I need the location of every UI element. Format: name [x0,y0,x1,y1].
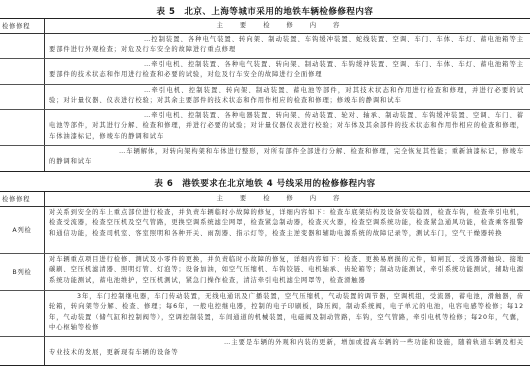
content-cell: …牵引电机、控制装置、各种电气装置、转向架、制动装置、车钩缓冲装置、空调、车门、… [45,59,530,84]
level-cell: B列检 [0,254,45,290]
level-cell: A列检 [0,207,45,253]
level-cell [0,34,45,58]
table5: 检修修程 主要检修内容 …控制装置、各种电气装置、转向架、制动装置、车钩缓冲装置… [0,18,530,172]
table6: 检修修程 主要检修内容 A列检 对关系到安全的车上重点部位进行检查，并负责车辆临… [0,191,530,366]
content-cell: …牵引电机、控制装置、各种电器装置、转向架、传动装置、轮对、轴承、制动装置、车钩… [45,110,530,145]
table6-caption: 表 6 港铁要求在北京地铁 4 号线采用的检修修程内容 [0,177,530,189]
level-cell [0,337,45,365]
level-cell [0,59,45,84]
table-row: …车辆解体，对转向架构架和车体进行整形，对所有部件全部进行分解、检查和修理，完全… [0,145,530,171]
table6-header-level: 检修修程 [0,192,45,206]
content-cell: …控制装置、各种电气装置、转向架、制动装置、车钩缓冲装置、蛇线装置、空调、车门、… [45,34,530,58]
content-cell: …牵引电机、控制装置、转向架、制动装置、蓄电池等部件，对其技术状态和作用进行检查… [45,85,530,109]
table-row: …牵引电机、控制装置、各种电器装置、转向架、传动装置、轮对、轴承、制动装置、车钩… [0,109,530,145]
level-cell [0,110,45,145]
content-cell: …主要是车辆的外观和内装的更新，增加或提高车辆的一些功能和设施，随着轨道车辆及相… [45,337,530,365]
table-row: …控制装置、各种电气装置、转向架、制动装置、车钩缓冲装置、蛇线装置、空调、车门、… [0,34,530,58]
table-row: B列检 对车辆重点项目进行检修、测试及小零件的更换，并负责临时小故障的修复，详细… [0,253,530,290]
table5-header-level: 检修修程 [0,19,45,33]
level-cell [0,291,45,336]
table-row: …主要是车辆的外观和内装的更新，增加或提高车辆的一些功能和设施，随着轨道车辆及相… [0,336,530,365]
table-row: 3年，车门控制继电器，车门传动装置，无线电通讯及广播装置，空气压缩机，气动装置的… [0,290,530,336]
content-cell: 对关系到安全的车上重点部位进行检查，并负责车辆临时小故障的修复，详细内容如下：检… [45,207,530,253]
table5-header-row: 检修修程 主要检修内容 [0,19,530,34]
table6-header-content: 主要检修内容 [45,192,530,206]
table5-header-content: 主要检修内容 [45,19,530,33]
table6-header-row: 检修修程 主要检修内容 [0,192,530,207]
table-row: A列检 对关系到安全的车上重点部位进行检查，并负责车辆临时小故障的修复，详细内容… [0,207,530,253]
content-cell: …车辆解体，对转向架构架和车体进行整形，对所有部件全部进行分解、检查和修理，完全… [45,146,530,171]
content-cell: 对车辆重点项目进行检修、测试及小零件的更换，并负责临时小故障的修复，详细内容如下… [45,254,530,290]
content-cell: 3年，车门控制继电器，车门传动装置，无线电通讯及广播装置，空气压缩机，气动装置的… [45,291,530,336]
table-row: …牵引电机、控制装置、各种电气装置、转向架、制动装置、车钩缓冲装置、空调、车门、… [0,58,530,84]
level-cell [0,146,45,171]
level-cell [0,85,45,109]
table-row: …牵引电机、控制装置、转向架、制动装置、蓄电池等部件，对其技术状态和作用进行检查… [0,84,530,109]
table5-caption: 表 5 北京、上海等城市采用的地铁车辆检修修程内容 [0,5,530,17]
